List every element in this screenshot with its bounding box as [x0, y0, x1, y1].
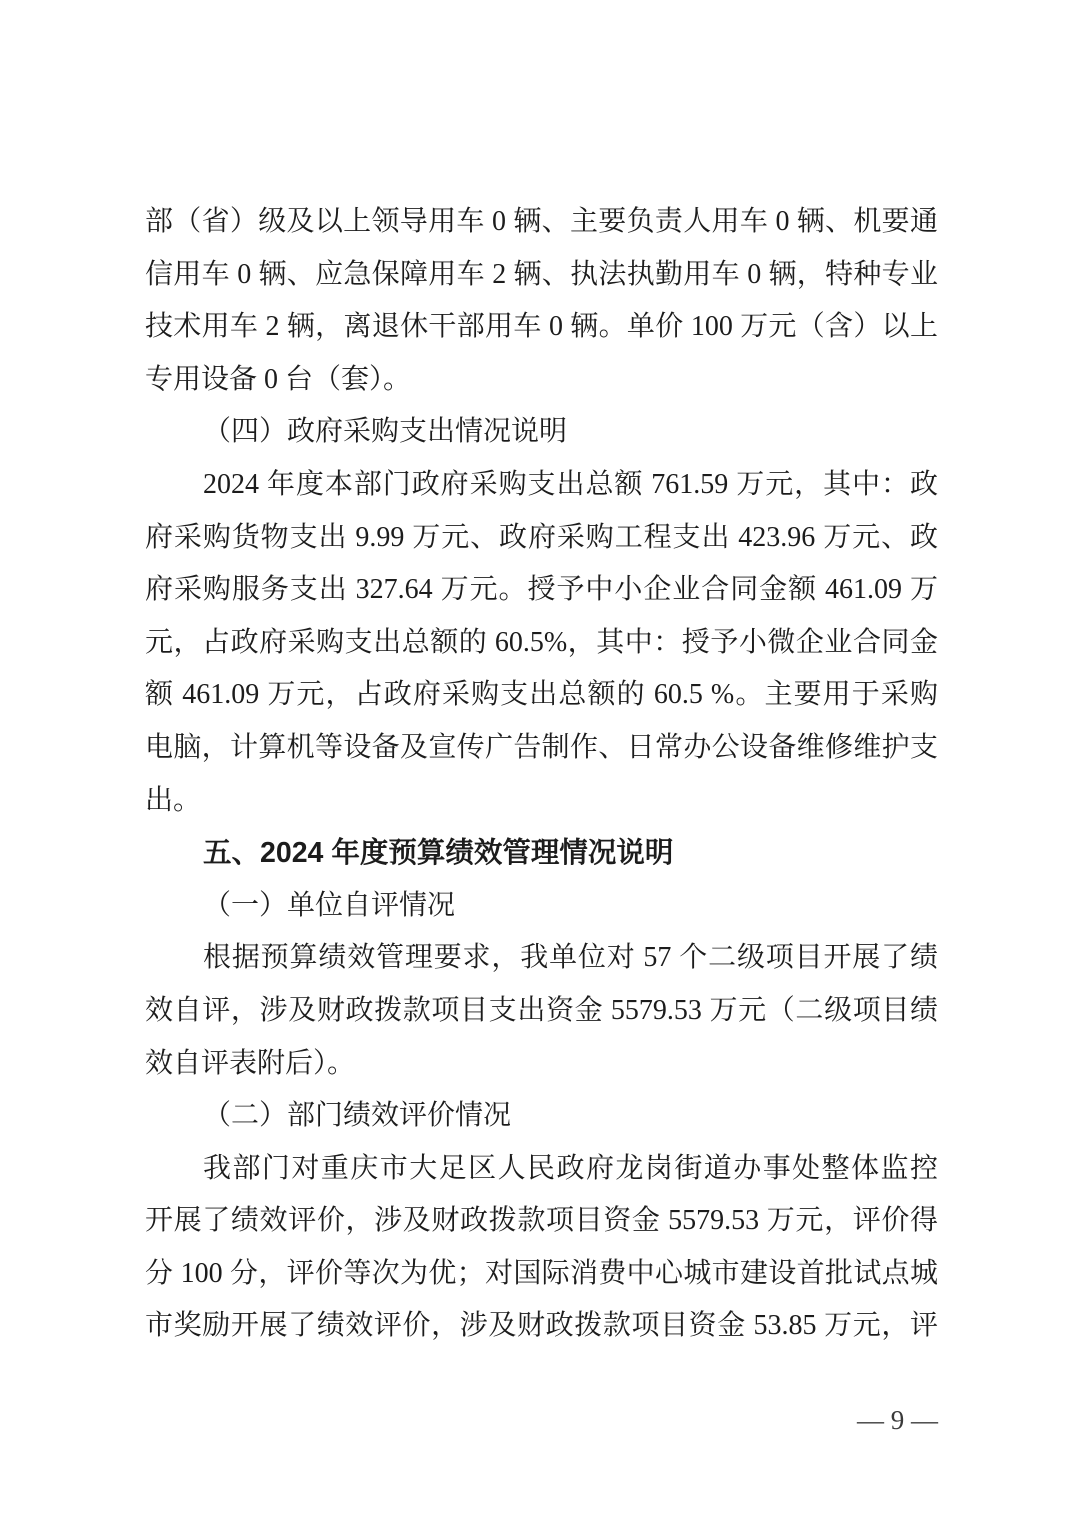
body-line: 效自评表附后）。	[145, 1038, 938, 1091]
body-line: 电脑，计算机等设备及宣传广告制作、日常办公设备维修维护支	[145, 722, 938, 775]
body-line: 我部门对重庆市大足区人民政府龙岗街道办事处整体监控	[145, 1143, 938, 1196]
document-page: 部（省）级及以上领导用车 0 辆、主要负责人用车 0 辆、机要通 信用车 0 辆…	[0, 0, 1075, 1520]
body-line: 额 461.09 万元，占政府采购支出总额的 60.5 %。主要用于采购	[145, 669, 938, 722]
body-line: 根据预算绩效管理要求，我单位对 57 个二级项目开展了绩	[145, 932, 938, 985]
body-line: 开展了绩效评价，涉及财政拨款项目资金 5579.53 万元，评价得	[145, 1195, 938, 1248]
subsection-heading-dept-evaluation: （二）部门绩效评价情况	[145, 1090, 938, 1143]
subsection-heading-self-evaluation: （一）单位自评情况	[145, 880, 938, 933]
body-line: 信用车 0 辆、应急保障用车 2 辆、执法执勤用车 0 辆，特种专业	[145, 249, 938, 302]
body-line: 专用设备 0 台（套）。	[145, 354, 938, 407]
body-line: 市奖励开展了绩效评价，涉及财政拨款项目资金 53.85 万元，评	[145, 1300, 938, 1353]
body-line: 技术用车 2 辆，离退休干部用车 0 辆。单价 100 万元（含）以上	[145, 301, 938, 354]
body-line: 部（省）级及以上领导用车 0 辆、主要负责人用车 0 辆、机要通	[145, 196, 938, 249]
body-line: 效自评，涉及财政拨款项目支出资金 5579.53 万元（二级项目绩	[145, 985, 938, 1038]
body-line: 出。	[145, 775, 938, 828]
body-line: 府采购服务支出 327.64 万元。授予中小企业合同金额 461.09 万	[145, 564, 938, 617]
body-line: 分 100 分，评价等次为优；对国际消费中心城市建设首批试点城	[145, 1248, 938, 1301]
text-block: 部（省）级及以上领导用车 0 辆、主要负责人用车 0 辆、机要通 信用车 0 辆…	[145, 196, 938, 1353]
subsection-heading-gov-procurement: （四）政府采购支出情况说明	[145, 406, 938, 459]
page-number: — 9 —	[145, 1398, 938, 1442]
body-line: 府采购货物支出 9.99 万元、政府采购工程支出 423.96 万元、政	[145, 512, 938, 565]
section-heading-budget-performance: 五、2024 年度预算绩效管理情况说明	[145, 827, 938, 880]
body-line: 2024 年度本部门政府采购支出总额 761.59 万元，其中：政	[145, 459, 938, 512]
body-line: 元，占政府采购支出总额的 60.5%，其中：授予小微企业合同金	[145, 617, 938, 670]
